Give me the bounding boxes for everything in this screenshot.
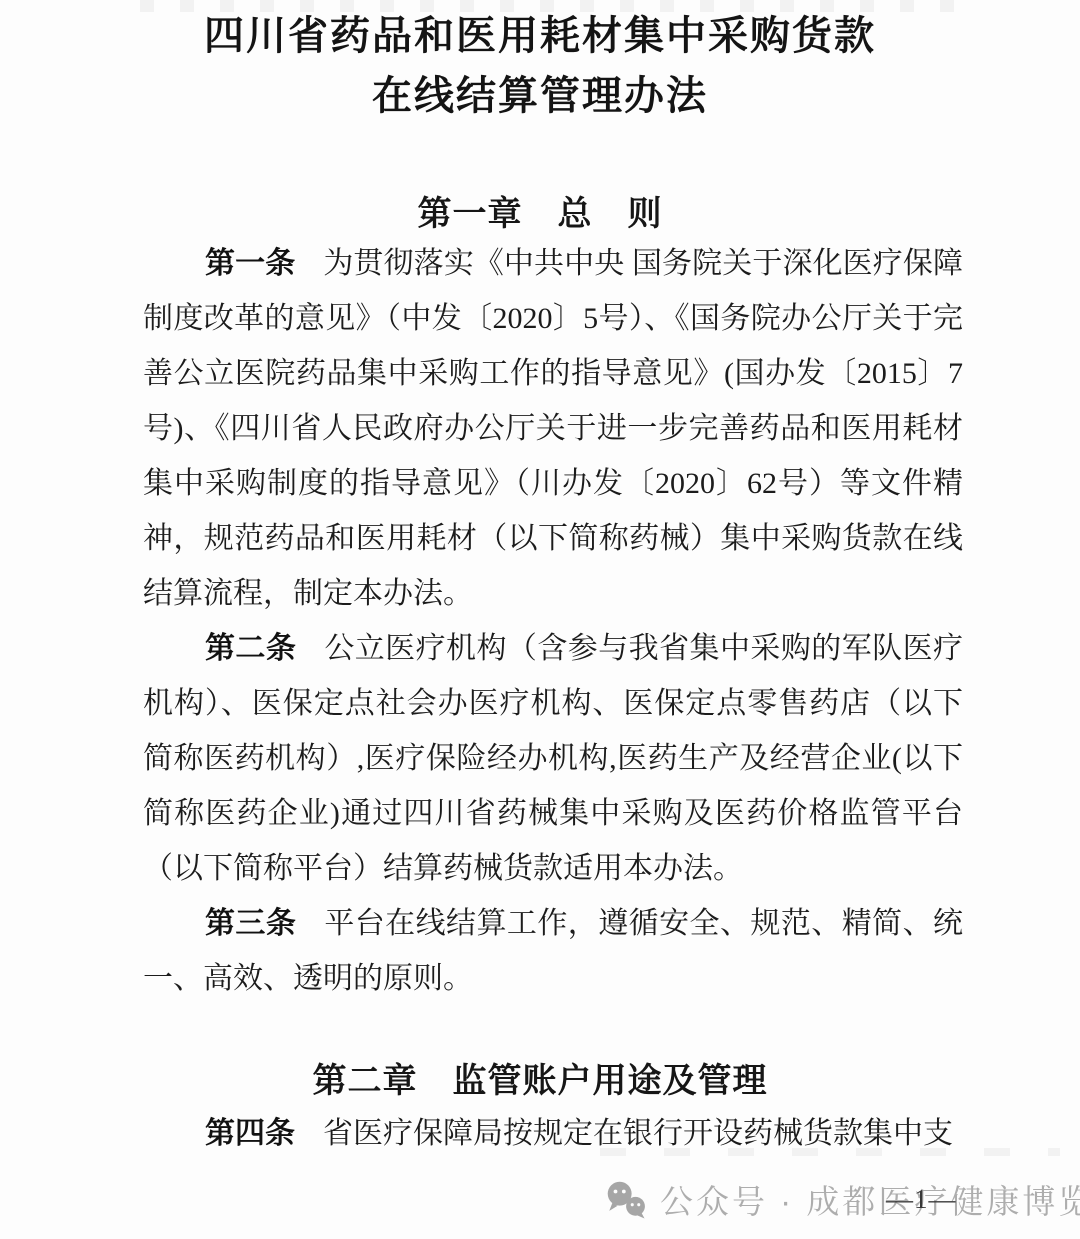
article-1-label: 第一条	[205, 247, 295, 280]
article-3: 第三条平台在线结算工作，遵循安全、规范、精简、统一、高效、透明的原则。	[143, 896, 963, 1006]
watermark-footer: 公众号 · 成都医疗健康博览会	[604, 1176, 1080, 1223]
article-4-text: 省医疗保障局按规定在银行开设药械货款集中支	[323, 1117, 953, 1150]
chapter1-body: 第一条为贯彻落实《中共中央 国务院关于深化医疗保障制度改革的意见》（中发〔202…	[143, 236, 963, 1006]
chapter2-heading: 第二章 监管账户用途及管理	[0, 1053, 1080, 1102]
document-title-line2: 在线结算管理办法	[0, 66, 1080, 126]
page-number: —1—	[886, 1184, 957, 1215]
scan-artifact-bottom	[600, 1148, 1060, 1156]
article-4-label: 第四条	[205, 1117, 295, 1150]
article-2: 第二条公立医疗机构（含参与我省集中采购的军队医疗机构）、医保定点社会办医疗机构、…	[143, 621, 963, 896]
document-page: 四川省药品和医用耗材集中采购货款 在线结算管理办法 第一章 总 则 第一条为贯彻…	[0, 0, 1080, 1239]
document-title-line1: 四川省药品和医用耗材集中采购货款	[0, 6, 1080, 66]
wechat-icon	[604, 1181, 648, 1219]
watermark-text: 公众号 · 成都医疗健康博览会	[660, 1176, 1080, 1223]
article-1-text: 为贯彻落实《中共中央 国务院关于深化医疗保障制度改革的意见》（中发〔2020〕5…	[143, 247, 963, 610]
chapter1-heading: 第一章 总 则	[0, 186, 1080, 235]
article-2-label: 第二条	[205, 632, 296, 665]
article-3-label: 第三条	[205, 907, 296, 940]
document-title: 四川省药品和医用耗材集中采购货款 在线结算管理办法	[0, 6, 1080, 126]
article-1: 第一条为贯彻落实《中共中央 国务院关于深化医疗保障制度改革的意见》（中发〔202…	[143, 236, 963, 621]
article-2-text: 公立医疗机构（含参与我省集中采购的军队医疗机构）、医保定点社会办医疗机构、医保定…	[143, 632, 963, 885]
